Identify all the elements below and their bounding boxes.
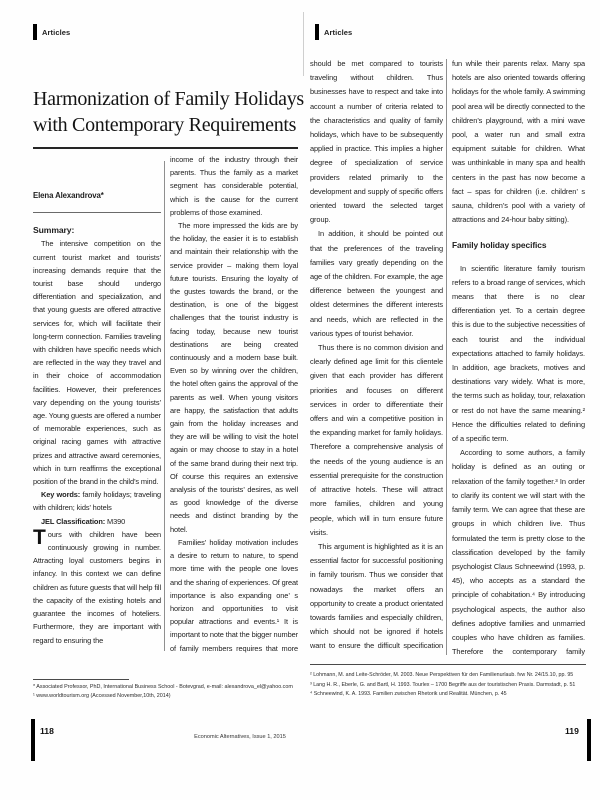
right-column-divider (446, 59, 447, 655)
left-footnote-rule (33, 679, 129, 680)
page-gutter-crease (303, 12, 304, 76)
jel-label: JEL Classification: (41, 517, 105, 526)
left-footnotes: * Associated Professor, PhD, Internation… (33, 683, 300, 701)
body-paragraph: This argument is highlighted as it is an… (310, 540, 443, 657)
body-paragraph: income of the industry through their par… (170, 153, 298, 219)
right-page-column-2: fun while their parents relax. Many spa … (452, 57, 585, 657)
body-paragraph: The more impressed the kids are by the h… (170, 219, 298, 536)
right-page-number: 119 (565, 726, 579, 736)
drop-cap: T (33, 528, 48, 547)
jel-text: M390 (105, 517, 125, 526)
summary-heading: Summary: (33, 224, 161, 237)
right-footnote-rule (310, 664, 586, 665)
section-label: Articles (42, 28, 70, 37)
left-page-column-1: Elena Alexandrova* Summary: The intensiv… (33, 160, 161, 652)
journal-spread: Articles Harmonization of Family Holiday… (0, 0, 600, 800)
left-page-number: 118 (40, 726, 54, 736)
title-rule (33, 147, 298, 149)
keywords-paragraph: Key words: family holidays; traveling wi… (33, 488, 161, 514)
body-paragraph: fun while their parents relax. Many spa … (452, 57, 585, 227)
body-paragraph: Families’ holiday motivation includes a … (170, 536, 298, 658)
summary-paragraph: The intensive competition on the current… (33, 237, 161, 488)
section-bar-icon (315, 24, 319, 40)
body-paragraph: should be met compared to tourists trave… (310, 57, 443, 227)
section-bar-icon (33, 24, 37, 40)
right-articles-header: Articles (315, 24, 352, 40)
keywords-label: Key words: (41, 490, 80, 499)
right-page-number-bar (587, 719, 591, 761)
footnote: ¹ www.worldtourism.org (Accessed Novembe… (33, 692, 300, 701)
right-footnotes: ² Lohmann, M. and Leite-Schröder, M. 200… (310, 671, 592, 700)
body-paragraph: Thus there is no common division and cle… (310, 341, 443, 540)
journal-footer-line: Economic Alternatives, Issue 1, 2015 (165, 734, 315, 740)
right-page-column-1: should be met compared to tourists trave… (310, 57, 443, 657)
intro-paragraph: Tours with children have been continuous… (33, 528, 161, 647)
body-paragraph: In scientific literature family tourism … (452, 262, 585, 447)
footnote: ⁴ Schneewind, K. A. 1993. Familien zwisc… (310, 690, 592, 700)
body-paragraph: According to some authors, a family holi… (452, 446, 585, 657)
left-column-divider (164, 161, 165, 651)
left-page-column-2: income of the industry through their par… (170, 153, 298, 658)
author-name: Elena Alexandrova* (33, 189, 161, 213)
intro-text: ours with children have been continuousl… (33, 530, 161, 645)
footnote: ² Lohmann, M. and Leite-Schröder, M. 200… (310, 671, 592, 681)
section-label: Articles (324, 28, 352, 37)
jel-paragraph: JEL Classification: M390 (33, 515, 161, 528)
left-articles-header: Articles (33, 24, 70, 40)
footnote: * Associated Professor, PhD, Internation… (33, 683, 300, 692)
footnote: ³ Lang H. R., Eberle, G. and Bartl, H. 1… (310, 681, 592, 691)
article-title: Harmonization of Family Holidays with Co… (33, 86, 304, 138)
article-title-line1: Harmonization of Family Holidays (33, 86, 304, 112)
section-heading-family-holiday-specifics: Family holiday specifics (452, 238, 585, 252)
body-paragraph: In addition, it should be pointed out th… (310, 227, 443, 341)
article-title-line2: with Contemporary Requirements (33, 112, 304, 138)
left-page-number-bar (31, 719, 35, 761)
